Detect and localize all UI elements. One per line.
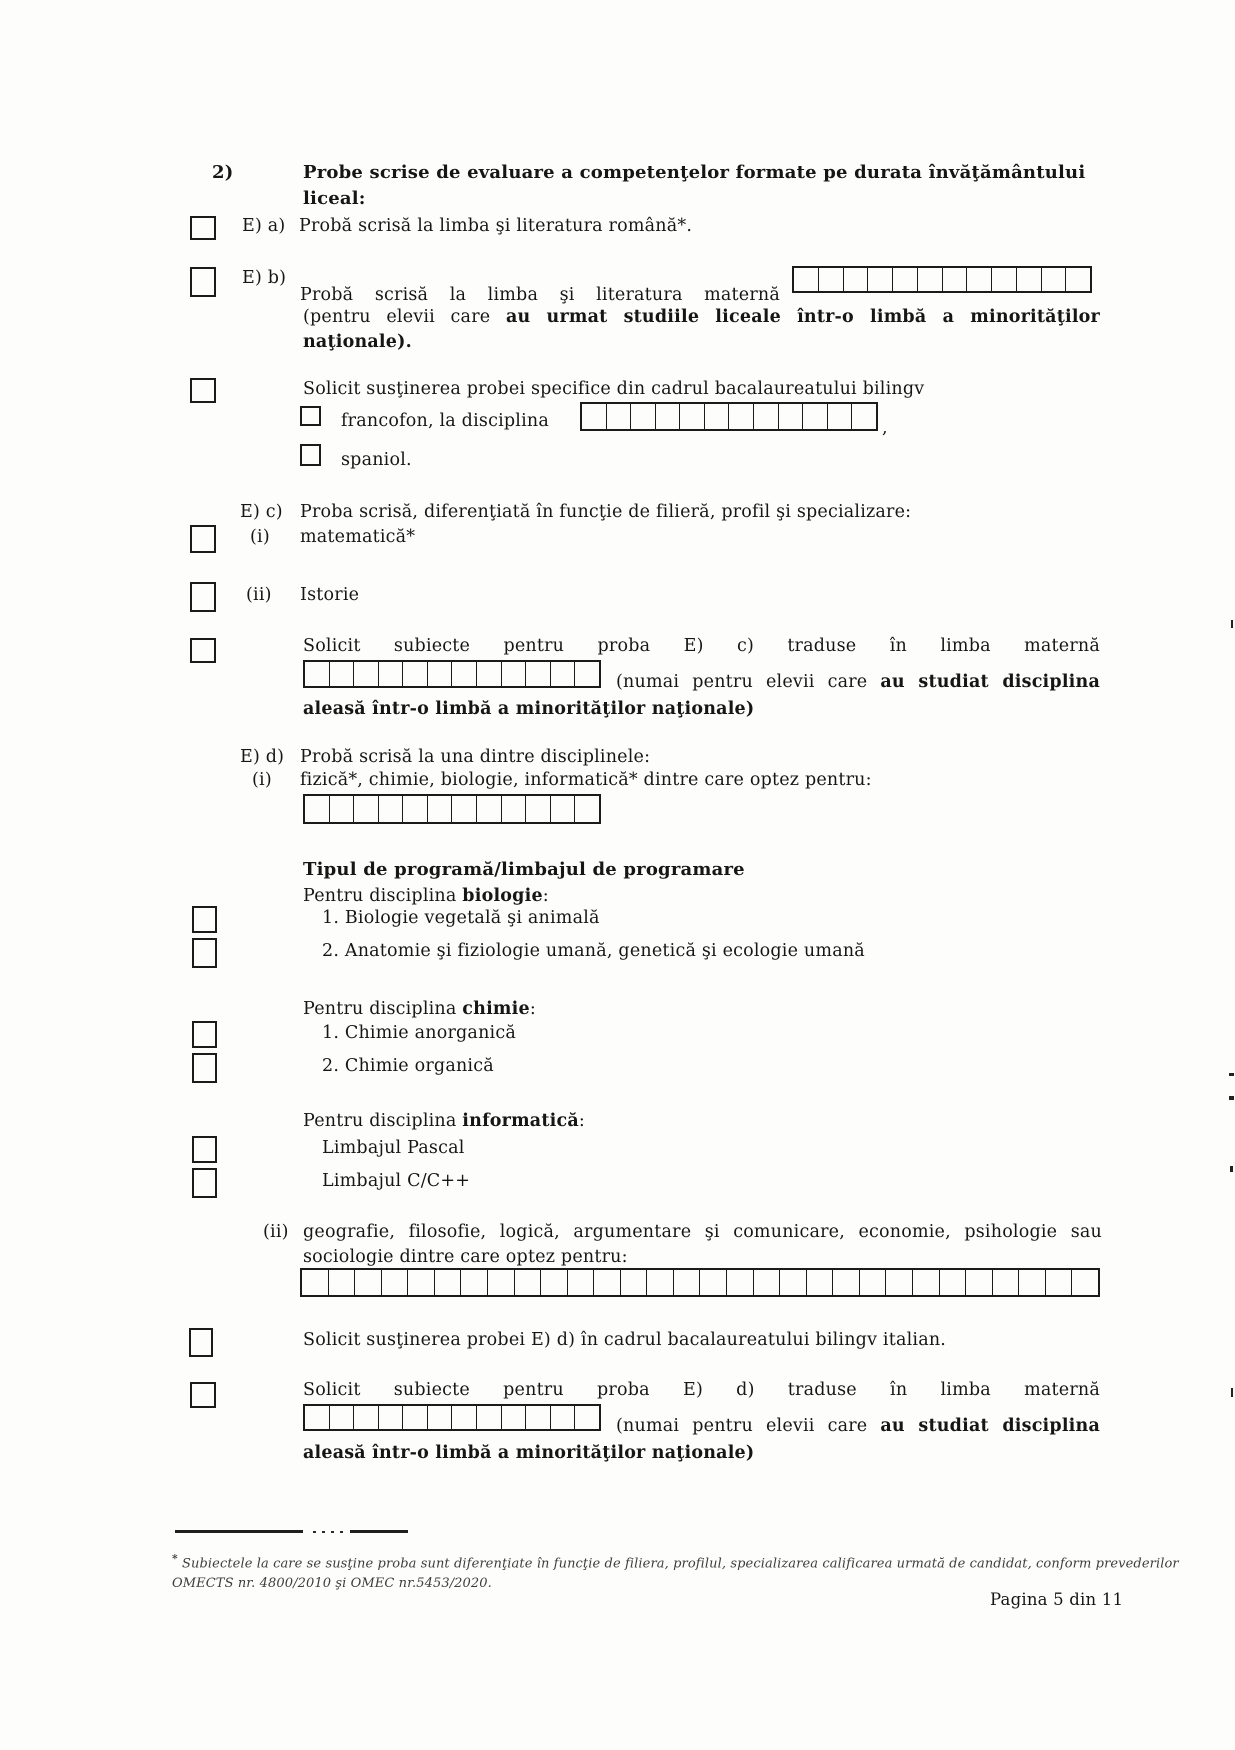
char-cell[interactable] (402, 1406, 427, 1429)
checkbox-solicit-ec[interactable] (190, 638, 216, 663)
char-cell[interactable] (728, 404, 753, 429)
bilingv-text: Solicit susţinerea probei specifice din … (303, 379, 924, 399)
item-eb-note-line1: (pentru elevii care au urmat studiile li… (303, 307, 1100, 327)
info-name: informatică (462, 1111, 579, 1131)
solicit-ec-note-line1: (numai pentru elevii care au studiat dis… (616, 672, 1100, 692)
item-ec-i-label: (i) (250, 527, 270, 547)
chem2-text: 2. Chimie organică (322, 1056, 494, 1076)
solicit-ed-note-line2: aleasă într-o limbă a minorităţilor naţi… (303, 1443, 754, 1463)
solicit-ec-note-regular: (numai pentru elevii care (616, 672, 880, 692)
char-cell[interactable] (354, 1270, 381, 1295)
char-cell[interactable] (378, 796, 403, 822)
checkbox-ec-istorie[interactable] (190, 582, 216, 612)
item-eb-label: E) b) (242, 268, 286, 288)
item-ed-ii-line2: sociologie dintre care optez pentru: (303, 1247, 628, 1267)
solicit-ec-text: Solicit subiecte pentru proba E) c) trad… (303, 636, 1100, 656)
char-cell[interactable] (704, 404, 729, 429)
scan-artifact (1230, 1166, 1233, 1172)
scan-artifact (1229, 1096, 1234, 1100)
item-eb-text: Probă scrisă la limba şi literatura mate… (300, 285, 780, 305)
char-boxes-solicit-ec[interactable] (303, 660, 601, 688)
checkbox-italian[interactable] (189, 1328, 213, 1357)
item-eb-note-bold: au urmat studiile liceale într-o limbă a… (506, 307, 1100, 327)
char-cell[interactable] (427, 1406, 452, 1429)
char-cell[interactable] (779, 1270, 806, 1295)
char-cell[interactable] (550, 796, 575, 822)
checkbox-chem2[interactable] (192, 1053, 217, 1083)
char-cell[interactable] (806, 1270, 833, 1295)
char-cell[interactable] (525, 1406, 550, 1429)
char-cell[interactable] (427, 662, 452, 686)
char-cell[interactable] (302, 1270, 328, 1295)
programs-bio-heading: Pentru disciplina biologie: (303, 886, 549, 906)
solicit-ed-note-bold: au studiat disciplina (880, 1416, 1100, 1436)
item-ed-ii-label: (ii) (263, 1222, 289, 1242)
char-cell[interactable] (427, 796, 452, 822)
char-boxes-solicit-ed[interactable] (303, 1404, 601, 1431)
item-eb-note-regular: (pentru elevii care (303, 307, 506, 327)
checkbox-ec-matematica[interactable] (190, 525, 216, 553)
solicit-ed-text: Solicit subiecte pentru proba E) d) trad… (303, 1380, 1100, 1400)
cpp-text: Limbajul C/C++ (322, 1171, 470, 1191)
char-cell[interactable] (851, 404, 876, 429)
char-cell[interactable] (965, 1270, 992, 1295)
char-cell[interactable] (328, 1270, 355, 1295)
char-cell[interactable] (378, 662, 403, 686)
char-cell[interactable] (1018, 1270, 1045, 1295)
item-eb-note-line2: naţionale). (303, 332, 412, 352)
char-cell[interactable] (451, 796, 476, 822)
char-cell[interactable] (476, 796, 501, 822)
char-cell[interactable] (402, 796, 427, 822)
char-cell[interactable] (476, 662, 501, 686)
spaniol-label: spaniol. (341, 450, 412, 470)
char-cell[interactable] (778, 404, 803, 429)
char-cell[interactable] (679, 404, 704, 429)
char-cell[interactable] (593, 1270, 620, 1295)
item-ec-ii-text: Istorie (300, 585, 359, 605)
footnote-text1: Subiectele la care se susţine proba sunt… (178, 1556, 1179, 1571)
char-cell[interactable] (606, 404, 631, 429)
char-boxes-francofon[interactable] (580, 402, 878, 431)
char-cell[interactable] (892, 268, 917, 291)
char-boxes-ed-i[interactable] (303, 794, 601, 824)
char-cell[interactable] (917, 268, 942, 291)
char-cell[interactable] (843, 268, 868, 291)
francofon-label: francofon, la disciplina (341, 411, 549, 431)
footnote-rule-segment (175, 1530, 303, 1533)
char-cell[interactable] (630, 404, 655, 429)
info-prefix: Pentru disciplina (303, 1111, 462, 1131)
char-cell[interactable] (402, 662, 427, 686)
footnote-rule-segment2 (350, 1530, 408, 1533)
char-cell[interactable] (353, 796, 378, 822)
char-cell[interactable] (1016, 268, 1041, 291)
char-cell[interactable] (540, 1270, 567, 1295)
char-cell[interactable] (827, 404, 852, 429)
char-boxes-eb-materna[interactable] (792, 266, 1092, 293)
checkbox-eb[interactable] (190, 267, 216, 297)
char-cell[interactable] (802, 404, 827, 429)
checkbox-bilingv[interactable] (190, 378, 216, 403)
char-cell[interactable] (574, 662, 599, 686)
char-cell[interactable] (991, 268, 1016, 291)
checkbox-bio2[interactable] (192, 938, 217, 968)
char-cell[interactable] (501, 662, 526, 686)
checkbox-spaniol[interactable] (300, 444, 321, 466)
char-cell[interactable] (574, 796, 599, 822)
char-cell[interactable] (885, 1270, 912, 1295)
item-ed-i-text: fizică*, chimie, biologie, informatică* … (300, 770, 872, 790)
checkbox-bio1[interactable] (192, 906, 217, 933)
form-page: 2) Probe scrise de evaluare a competenţe… (0, 0, 1235, 1750)
section-title-line2: liceal: (303, 189, 366, 210)
char-cell[interactable] (329, 662, 354, 686)
char-cell[interactable] (912, 1270, 939, 1295)
char-cell[interactable] (305, 662, 329, 686)
bio1-text: 1. Biologie vegetală şi animală (322, 908, 600, 928)
char-cell[interactable] (867, 268, 892, 291)
item-ed-text: Probă scrisă la una dintre disciplinele: (300, 747, 650, 767)
char-cell[interactable] (460, 1270, 487, 1295)
char-cell[interactable] (353, 662, 378, 686)
chem-prefix: Pentru disciplina (303, 999, 462, 1019)
section-title-line1: Probe scrise de evaluare a competenţelor… (303, 163, 1085, 184)
char-cell[interactable] (1041, 268, 1066, 291)
char-cell[interactable] (567, 1270, 594, 1295)
francofon-comma: , (882, 418, 888, 438)
char-boxes-ed-ii[interactable] (300, 1268, 1100, 1297)
char-cell[interactable] (753, 404, 778, 429)
char-cell[interactable] (699, 1270, 726, 1295)
scan-artifact (1229, 1073, 1234, 1076)
scan-artifact (1231, 620, 1233, 628)
char-cell[interactable] (939, 1270, 966, 1295)
char-cell[interactable] (329, 1406, 354, 1429)
pascal-text: Limbajul Pascal (322, 1138, 465, 1158)
checkbox-ea[interactable] (190, 216, 216, 240)
item-ea-label: E) a) (242, 216, 285, 236)
solicit-ec-note-line2: aleasă într-o limbă a minorităţilor naţi… (303, 699, 754, 719)
char-cell[interactable] (305, 1406, 329, 1429)
char-cell[interactable] (525, 662, 550, 686)
char-cell[interactable] (550, 662, 575, 686)
char-cell[interactable] (966, 268, 991, 291)
char-cell[interactable] (574, 1406, 599, 1429)
bio-name: biologie (462, 886, 543, 906)
char-cell[interactable] (476, 1406, 501, 1429)
solicit-ec-note-bold: au studiat disciplina (880, 672, 1100, 692)
footnote-rule-dots (313, 1531, 345, 1533)
item-ed-i-label: (i) (252, 770, 272, 790)
footnote-line1: * Subiectele la care se susţine proba su… (172, 1553, 1179, 1572)
chem1-text: 1. Chimie anorganică (322, 1023, 516, 1043)
char-cell[interactable] (305, 796, 329, 822)
char-cell[interactable] (646, 1270, 673, 1295)
item-ec-label: E) c) (240, 502, 283, 522)
chem-colon: : (530, 999, 536, 1019)
char-cell[interactable] (501, 796, 526, 822)
char-cell[interactable] (525, 796, 550, 822)
checkbox-cpp[interactable] (192, 1168, 217, 1198)
footnote-line2: OMECTS nr. 4800/2010 şi OMEC nr.5453/202… (172, 1577, 492, 1592)
programs-chem-heading: Pentru disciplina chimie: (303, 999, 536, 1019)
char-cell[interactable] (1071, 1270, 1098, 1295)
char-cell[interactable] (451, 662, 476, 686)
char-cell[interactable] (329, 796, 354, 822)
checkbox-francofon[interactable] (300, 406, 321, 426)
char-cell[interactable] (407, 1270, 434, 1295)
chem-name: chimie (462, 999, 530, 1019)
char-cell[interactable] (1045, 1270, 1072, 1295)
char-cell[interactable] (992, 1270, 1019, 1295)
bio-colon: : (543, 886, 549, 906)
char-cell[interactable] (434, 1270, 461, 1295)
char-cell[interactable] (832, 1270, 859, 1295)
char-cell[interactable] (381, 1270, 408, 1295)
programs-info-heading: Pentru disciplina informatică: (303, 1111, 585, 1131)
char-cell[interactable] (620, 1270, 647, 1295)
char-cell[interactable] (353, 1406, 378, 1429)
checkbox-solicit-ed[interactable] (190, 1382, 216, 1408)
info-colon: : (579, 1111, 585, 1131)
char-cell[interactable] (582, 404, 606, 429)
item-ec-text: Proba scrisă, diferenţiată în funcţie de… (300, 502, 911, 522)
char-cell[interactable] (501, 1406, 526, 1429)
section-number: 2) (212, 163, 233, 184)
char-cell[interactable] (673, 1270, 700, 1295)
item-ea-text: Probă scrisă la limba şi literatura româ… (299, 216, 692, 236)
bio2-text: 2. Anatomie şi fiziologie umană, genetic… (322, 941, 865, 961)
page-number: Pagina 5 din 11 (990, 1591, 1123, 1610)
char-cell[interactable] (550, 1406, 575, 1429)
programs-title: Tipul de programă/limbajul de programare (303, 860, 745, 881)
char-cell[interactable] (451, 1406, 476, 1429)
char-cell[interactable] (1065, 268, 1090, 291)
char-cell[interactable] (942, 268, 967, 291)
checkbox-chem1[interactable] (192, 1021, 217, 1048)
scan-artifact (1231, 1388, 1233, 1397)
char-cell[interactable] (794, 268, 818, 291)
char-cell[interactable] (818, 268, 843, 291)
item-ed-label: E) d) (240, 747, 284, 767)
char-cell[interactable] (859, 1270, 886, 1295)
char-cell[interactable] (753, 1270, 780, 1295)
solicit-ed-note-regular: (numai pentru elevii care (616, 1416, 880, 1436)
item-ec-ii-label: (ii) (246, 585, 272, 605)
item-ed-ii-line1: geografie, filosofie, logică, argumentar… (303, 1222, 1102, 1242)
char-cell[interactable] (514, 1270, 541, 1295)
item-ec-i-text: matematică* (300, 527, 415, 547)
char-cell[interactable] (378, 1406, 403, 1429)
solicit-ed-note-line1: (numai pentru elevii care au studiat dis… (616, 1416, 1100, 1436)
bio-prefix: Pentru disciplina (303, 886, 462, 906)
char-cell[interactable] (726, 1270, 753, 1295)
checkbox-pascal[interactable] (192, 1136, 217, 1163)
char-cell[interactable] (487, 1270, 514, 1295)
solicit-italian-text: Solicit susţinerea probei E) d) în cadru… (303, 1330, 946, 1350)
char-cell[interactable] (655, 404, 680, 429)
